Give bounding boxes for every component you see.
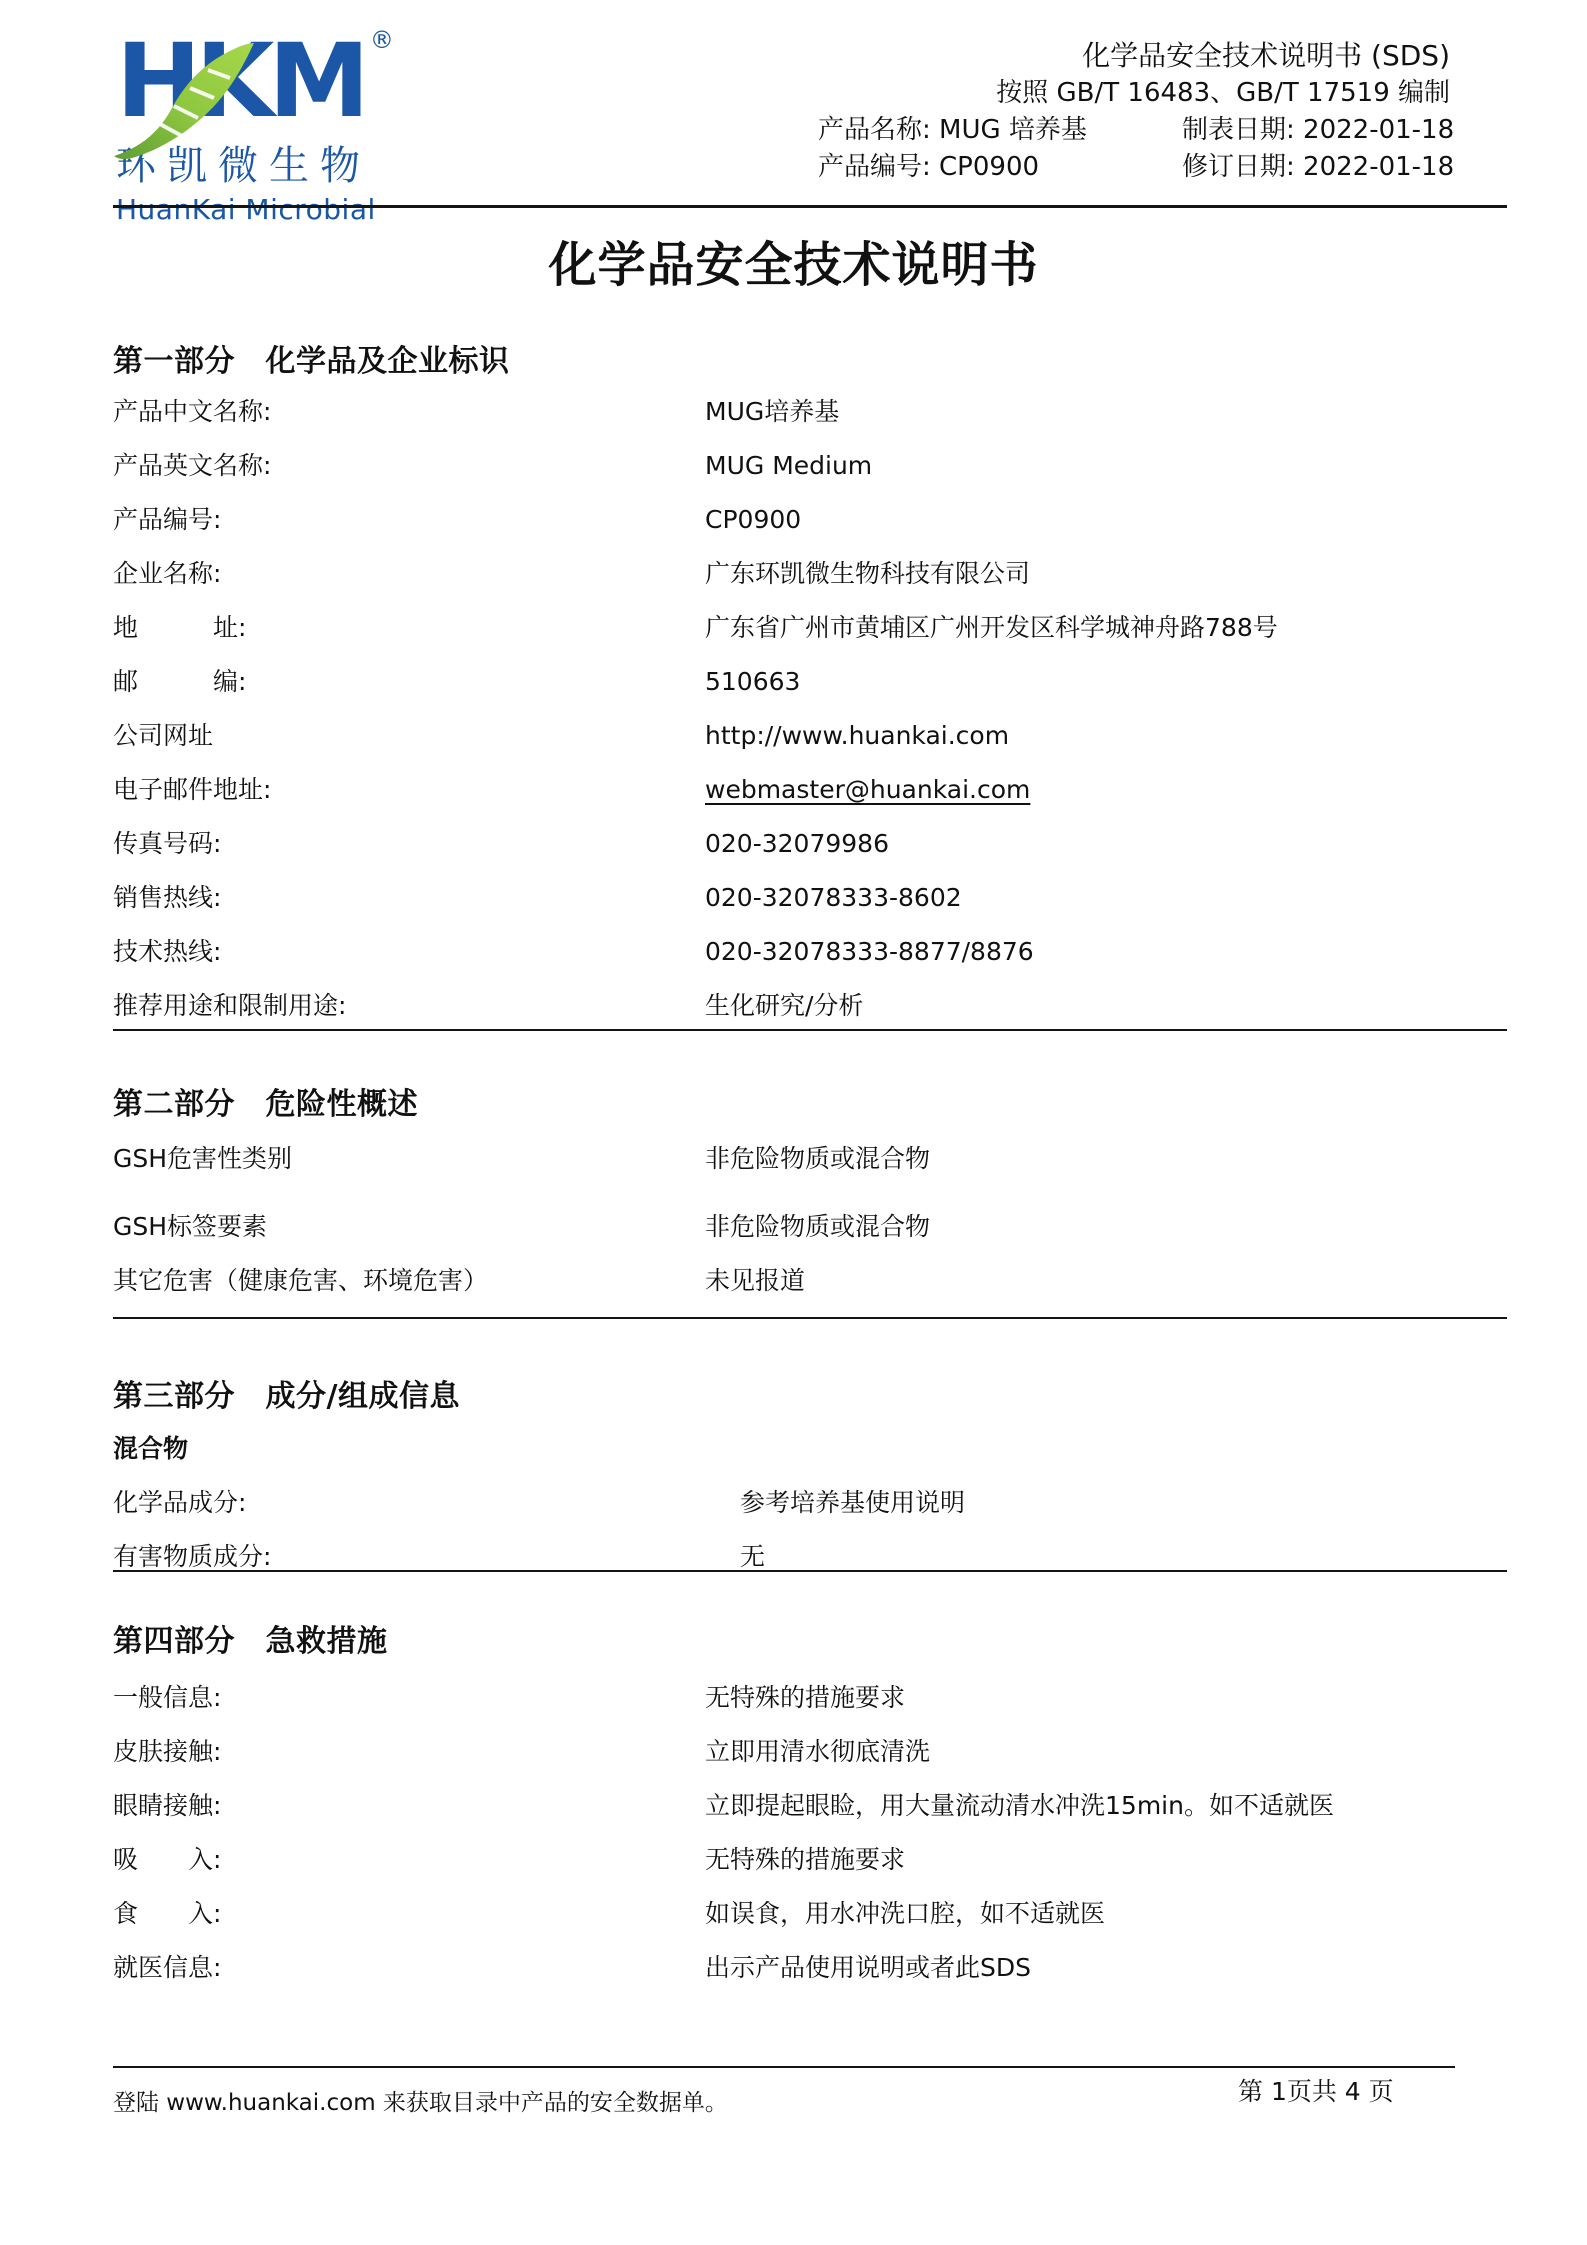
product-code: 产品编号: CP0900 <box>818 152 1182 182</box>
field-value: 如误食，用水冲洗口腔，如不适就医 <box>705 1899 1105 1929</box>
product-name-value: MUG 培养基 <box>939 115 1087 145</box>
field-label: 技术热线: <box>113 937 221 967</box>
field-row: 化学品成分:参考培养基使用说明 <box>113 1488 1507 1542</box>
section-hazard-overview: 第二部分 危险性概述 GSH危害性类别非危险物质或混合物GSH标签要素非危险物质… <box>113 1088 1507 1319</box>
field-row: 皮肤接触:立即用清水彻底清洗 <box>113 1737 1507 1791</box>
field-value: 立即用清水彻底清洗 <box>705 1737 930 1767</box>
section-heading: 第一部分 化学品及企业标识 <box>113 345 1507 379</box>
logo-hkm-text: HKM <box>116 22 364 141</box>
header-divider <box>113 205 1507 208</box>
field-row: 推荐用途和限制用途:生化研究/分析 <box>113 991 1507 1045</box>
field-value: 510663 <box>705 667 800 697</box>
field-label: 一般信息: <box>113 1683 221 1713</box>
document-body: 第一部分 化学品及企业标识 产品中文名称:MUG培养基产品英文名称:MUG Me… <box>113 345 1507 2007</box>
field-value: CP0900 <box>705 505 801 535</box>
revised-date: 修订日期: 2022-01-18 <box>1182 152 1450 182</box>
field-value: 无特殊的措施要求 <box>705 1845 905 1875</box>
registered-trademark-icon: ® <box>370 28 394 52</box>
field-label: 皮肤接触: <box>113 1737 221 1767</box>
field-label: 有害物质成分: <box>113 1542 271 1572</box>
field-value: 020-32078333-8877/8876 <box>705 937 1034 967</box>
field-label: 公司网址 <box>113 721 213 751</box>
section-heading: 第三部分 成分/组成信息 <box>113 1380 1507 1414</box>
field-value: MUG Medium <box>705 451 872 481</box>
revised-date-label: 修订日期: <box>1182 152 1295 182</box>
logo-hkm-mark: HKM® <box>116 30 364 134</box>
section-chemical-company-identification: 第一部分 化学品及企业标识 产品中文名称:MUG培养基产品英文名称:MUG Me… <box>113 345 1507 1031</box>
field-label: GSH标签要素 <box>113 1212 267 1242</box>
field-row: 食 入:如误食，用水冲洗口腔，如不适就医 <box>113 1899 1507 1953</box>
field-row: 产品英文名称:MUG Medium <box>113 451 1507 505</box>
field-row: 地 址:广东省广州市黄埔区广州开发区科学城神舟路788号 <box>113 613 1507 667</box>
section-heading: 第四部分 急救措施 <box>113 1625 1507 1659</box>
subheading-mixture: 混合物 <box>113 1434 1507 1488</box>
field-label: 推荐用途和限制用途: <box>113 991 346 1021</box>
field-value: 立即提起眼睑，用大量流动清水冲洗15min。如不适就医 <box>705 1791 1334 1821</box>
field-value: 020-32078333-8602 <box>705 883 962 913</box>
field-value: 出示产品使用说明或者此SDS <box>705 1953 1031 1983</box>
field-value: 未见报道 <box>705 1266 805 1296</box>
field-label: 食 入: <box>113 1899 221 1929</box>
header-product-code-row: 产品编号: CP0900 修订日期: 2022-01-18 <box>818 152 1450 182</box>
document-header: 化学品安全技术说明书 (SDS) 按照 GB/T 16483、GB/T 1751… <box>818 40 1450 182</box>
sds-document-page: HKM® 环凯微生物 HuanKai Micr <box>0 0 1587 2245</box>
field-value: 非危险物质或混合物 <box>705 1144 930 1174</box>
field-row: 其它危害（健康危害、环境危害）未见报道 <box>113 1266 1507 1320</box>
field-row: 技术热线:020-32078333-8877/8876 <box>113 937 1507 991</box>
document-type: 化学品安全技术说明书 (SDS) <box>818 40 1450 72</box>
field-label: 销售热线: <box>113 883 221 913</box>
field-label: 就医信息: <box>113 1953 221 1983</box>
field-row: 眼睛接触:立即提起眼睑，用大量流动清水冲洗15min。如不适就医 <box>113 1791 1507 1845</box>
section-rows: GSH危害性类别非危险物质或混合物GSH标签要素非危险物质或混合物其它危害（健康… <box>113 1144 1507 1320</box>
section-rows: 产品中文名称:MUG培养基产品英文名称:MUG Medium产品编号:CP090… <box>113 397 1507 1045</box>
field-label: 地 址: <box>113 613 246 643</box>
logo-english-name: HuanKai Microbial <box>116 193 376 226</box>
field-value: 非危险物质或混合物 <box>705 1212 930 1242</box>
field-label: 其它危害（健康危害、环境危害） <box>113 1266 488 1296</box>
field-label: 产品中文名称: <box>113 397 271 427</box>
field-value: 生化研究/分析 <box>705 991 863 1021</box>
product-name-label: 产品名称: <box>818 115 931 145</box>
compilation-standard: 按照 GB/T 16483、GB/T 17519 编制 <box>818 78 1450 108</box>
field-row: 产品中文名称:MUG培养基 <box>113 397 1507 451</box>
field-label: 产品英文名称: <box>113 451 271 481</box>
field-label: 化学品成分: <box>113 1488 246 1518</box>
field-row: 电子邮件地址:webmaster@huankai.com <box>113 775 1507 829</box>
field-row: GSH危害性类别非危险物质或混合物 <box>113 1144 1507 1198</box>
field-row: 一般信息:无特殊的措施要求 <box>113 1683 1507 1737</box>
company-logo: HKM® 环凯微生物 HuanKai Micr <box>116 30 376 226</box>
field-label: 传真号码: <box>113 829 221 859</box>
field-label: 邮 编: <box>113 667 246 697</box>
field-row: 企业名称:广东环凯微生物科技有限公司 <box>113 559 1507 613</box>
field-value: MUG培养基 <box>705 397 839 427</box>
field-label: 企业名称: <box>113 559 221 589</box>
header-product-name-row: 产品名称: MUG 培养基 制表日期: 2022-01-18 <box>818 115 1450 145</box>
section-composition-information: 第三部分 成分/组成信息 混合物 化学品成分:参考培养基使用说明有害物质成分:无 <box>113 1380 1507 1572</box>
page-title: 化学品安全技术说明书 <box>0 226 1587 295</box>
field-value: 无特殊的措施要求 <box>705 1683 905 1713</box>
field-value: 参考培养基使用说明 <box>740 1488 965 1518</box>
field-label: 电子邮件地址: <box>113 775 271 805</box>
section-rows: 一般信息:无特殊的措施要求皮肤接触:立即用清水彻底清洗眼睛接触:立即提起眼睑，用… <box>113 1683 1507 2007</box>
footer-divider <box>113 2066 1455 2068</box>
field-value: 020-32079986 <box>705 829 889 859</box>
field-value: http://www.huankai.com <box>705 721 1009 751</box>
footer-note: 登陆 www.huankai.com 来获取目录中产品的安全数据单。 <box>113 2084 728 2117</box>
product-code-label: 产品编号: <box>818 152 931 182</box>
field-label: 吸 入: <box>113 1845 221 1875</box>
revised-date-value: 2022-01-18 <box>1303 152 1454 182</box>
field-label: 产品编号: <box>113 505 221 535</box>
field-row: 公司网址http://www.huankai.com <box>113 721 1507 775</box>
field-value: 无 <box>740 1542 765 1572</box>
field-row: 传真号码:020-32079986 <box>113 829 1507 883</box>
field-label: 眼睛接触: <box>113 1791 221 1821</box>
field-row: 吸 入:无特殊的措施要求 <box>113 1845 1507 1899</box>
field-label: GSH危害性类别 <box>113 1144 292 1174</box>
created-date: 制表日期: 2022-01-18 <box>1182 115 1450 145</box>
product-code-value: CP0900 <box>939 152 1039 182</box>
email-link[interactable]: webmaster@huankai.com <box>705 775 1030 805</box>
section-heading: 第二部分 危险性概述 <box>113 1088 1507 1122</box>
section-rows: 化学品成分:参考培养基使用说明有害物质成分:无 <box>113 1488 1507 1596</box>
field-row: 产品编号:CP0900 <box>113 505 1507 559</box>
created-date-label: 制表日期: <box>1182 115 1295 145</box>
created-date-value: 2022-01-18 <box>1303 115 1454 145</box>
section-first-aid-measures: 第四部分 急救措施 一般信息:无特殊的措施要求皮肤接触:立即用清水彻底清洗眼睛接… <box>113 1625 1507 2007</box>
field-row: 就医信息:出示产品使用说明或者此SDS <box>113 1953 1507 2007</box>
logo-chinese-name: 环凯微生物 <box>116 134 376 191</box>
field-row: 邮 编:510663 <box>113 667 1507 721</box>
field-row: 销售热线:020-32078333-8602 <box>113 883 1507 937</box>
field-row: GSH标签要素非危险物质或混合物 <box>113 1212 1507 1266</box>
product-name: 产品名称: MUG 培养基 <box>818 115 1182 145</box>
field-row: 有害物质成分:无 <box>113 1542 1507 1596</box>
field-value: 广东省广州市黄埔区广州开发区科学城神舟路788号 <box>705 613 1278 643</box>
field-value: 广东环凯微生物科技有限公司 <box>705 559 1030 589</box>
page-number: 第 1页共 4 页 <box>1238 2072 1394 2108</box>
